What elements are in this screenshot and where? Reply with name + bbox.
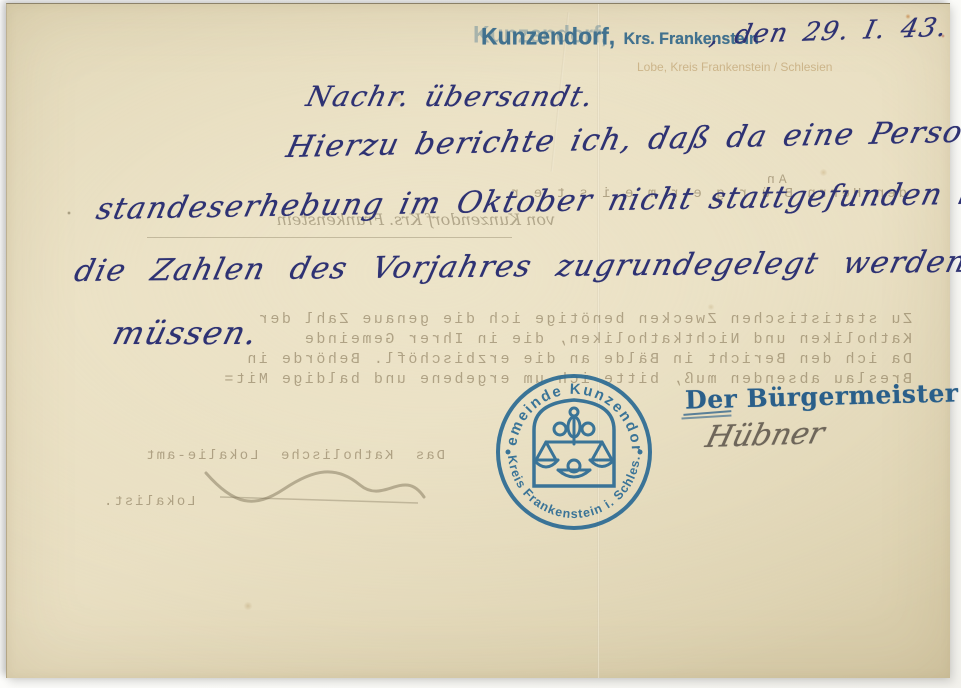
scan-frame: Lobe, Kreis Frankenstein / Schlesien An …	[0, 0, 961, 688]
bleedthrough-paragraph-line: Da ich den Bericht in Bälde an die erzbi…	[132, 350, 912, 370]
scales-icon	[534, 408, 614, 477]
mayor-signature: Hübner	[702, 416, 828, 455]
handwriting-line-4: die Zahlen des Vorjahres zugrundegelegt …	[71, 245, 961, 289]
mayor-stamp-text: Der Bürgermeister	[685, 378, 959, 414]
handwriting-line-1: Nachr. übersandt.	[303, 80, 598, 113]
foxing-spot	[819, 169, 828, 176]
mayor-stamp: Der Bürgermeister	[685, 378, 959, 414]
seal-separator-dot	[506, 450, 511, 455]
handwriting-line-2: Hierzu berichte ich, daß da eine Persone…	[283, 113, 961, 165]
paper: Lobe, Kreis Frankenstein / Schlesien An …	[6, 3, 950, 678]
municipal-seal: Gemeinde Kunzendorf Kreis Frankenstein i…	[492, 370, 656, 534]
arrival-stamp-place: Kunzendorf,	[481, 22, 615, 51]
handwritten-date: , den 29. I. 43.	[707, 13, 951, 51]
foxing-spot	[243, 602, 253, 610]
bleedthrough-sender-underline	[147, 237, 512, 238]
bleedthrough-letterhead: Lobe, Kreis Frankenstein / Schlesien	[637, 60, 832, 74]
foxing-spot	[67, 211, 71, 215]
handwriting-line-3: standeserhebung im Oktober nicht stattge…	[93, 176, 961, 227]
handwriting-line-5: müssen.	[109, 314, 262, 352]
bleedthrough-signature-squiggle	[197, 459, 432, 514]
bleedthrough-closing: Lokalist.	[102, 494, 196, 510]
